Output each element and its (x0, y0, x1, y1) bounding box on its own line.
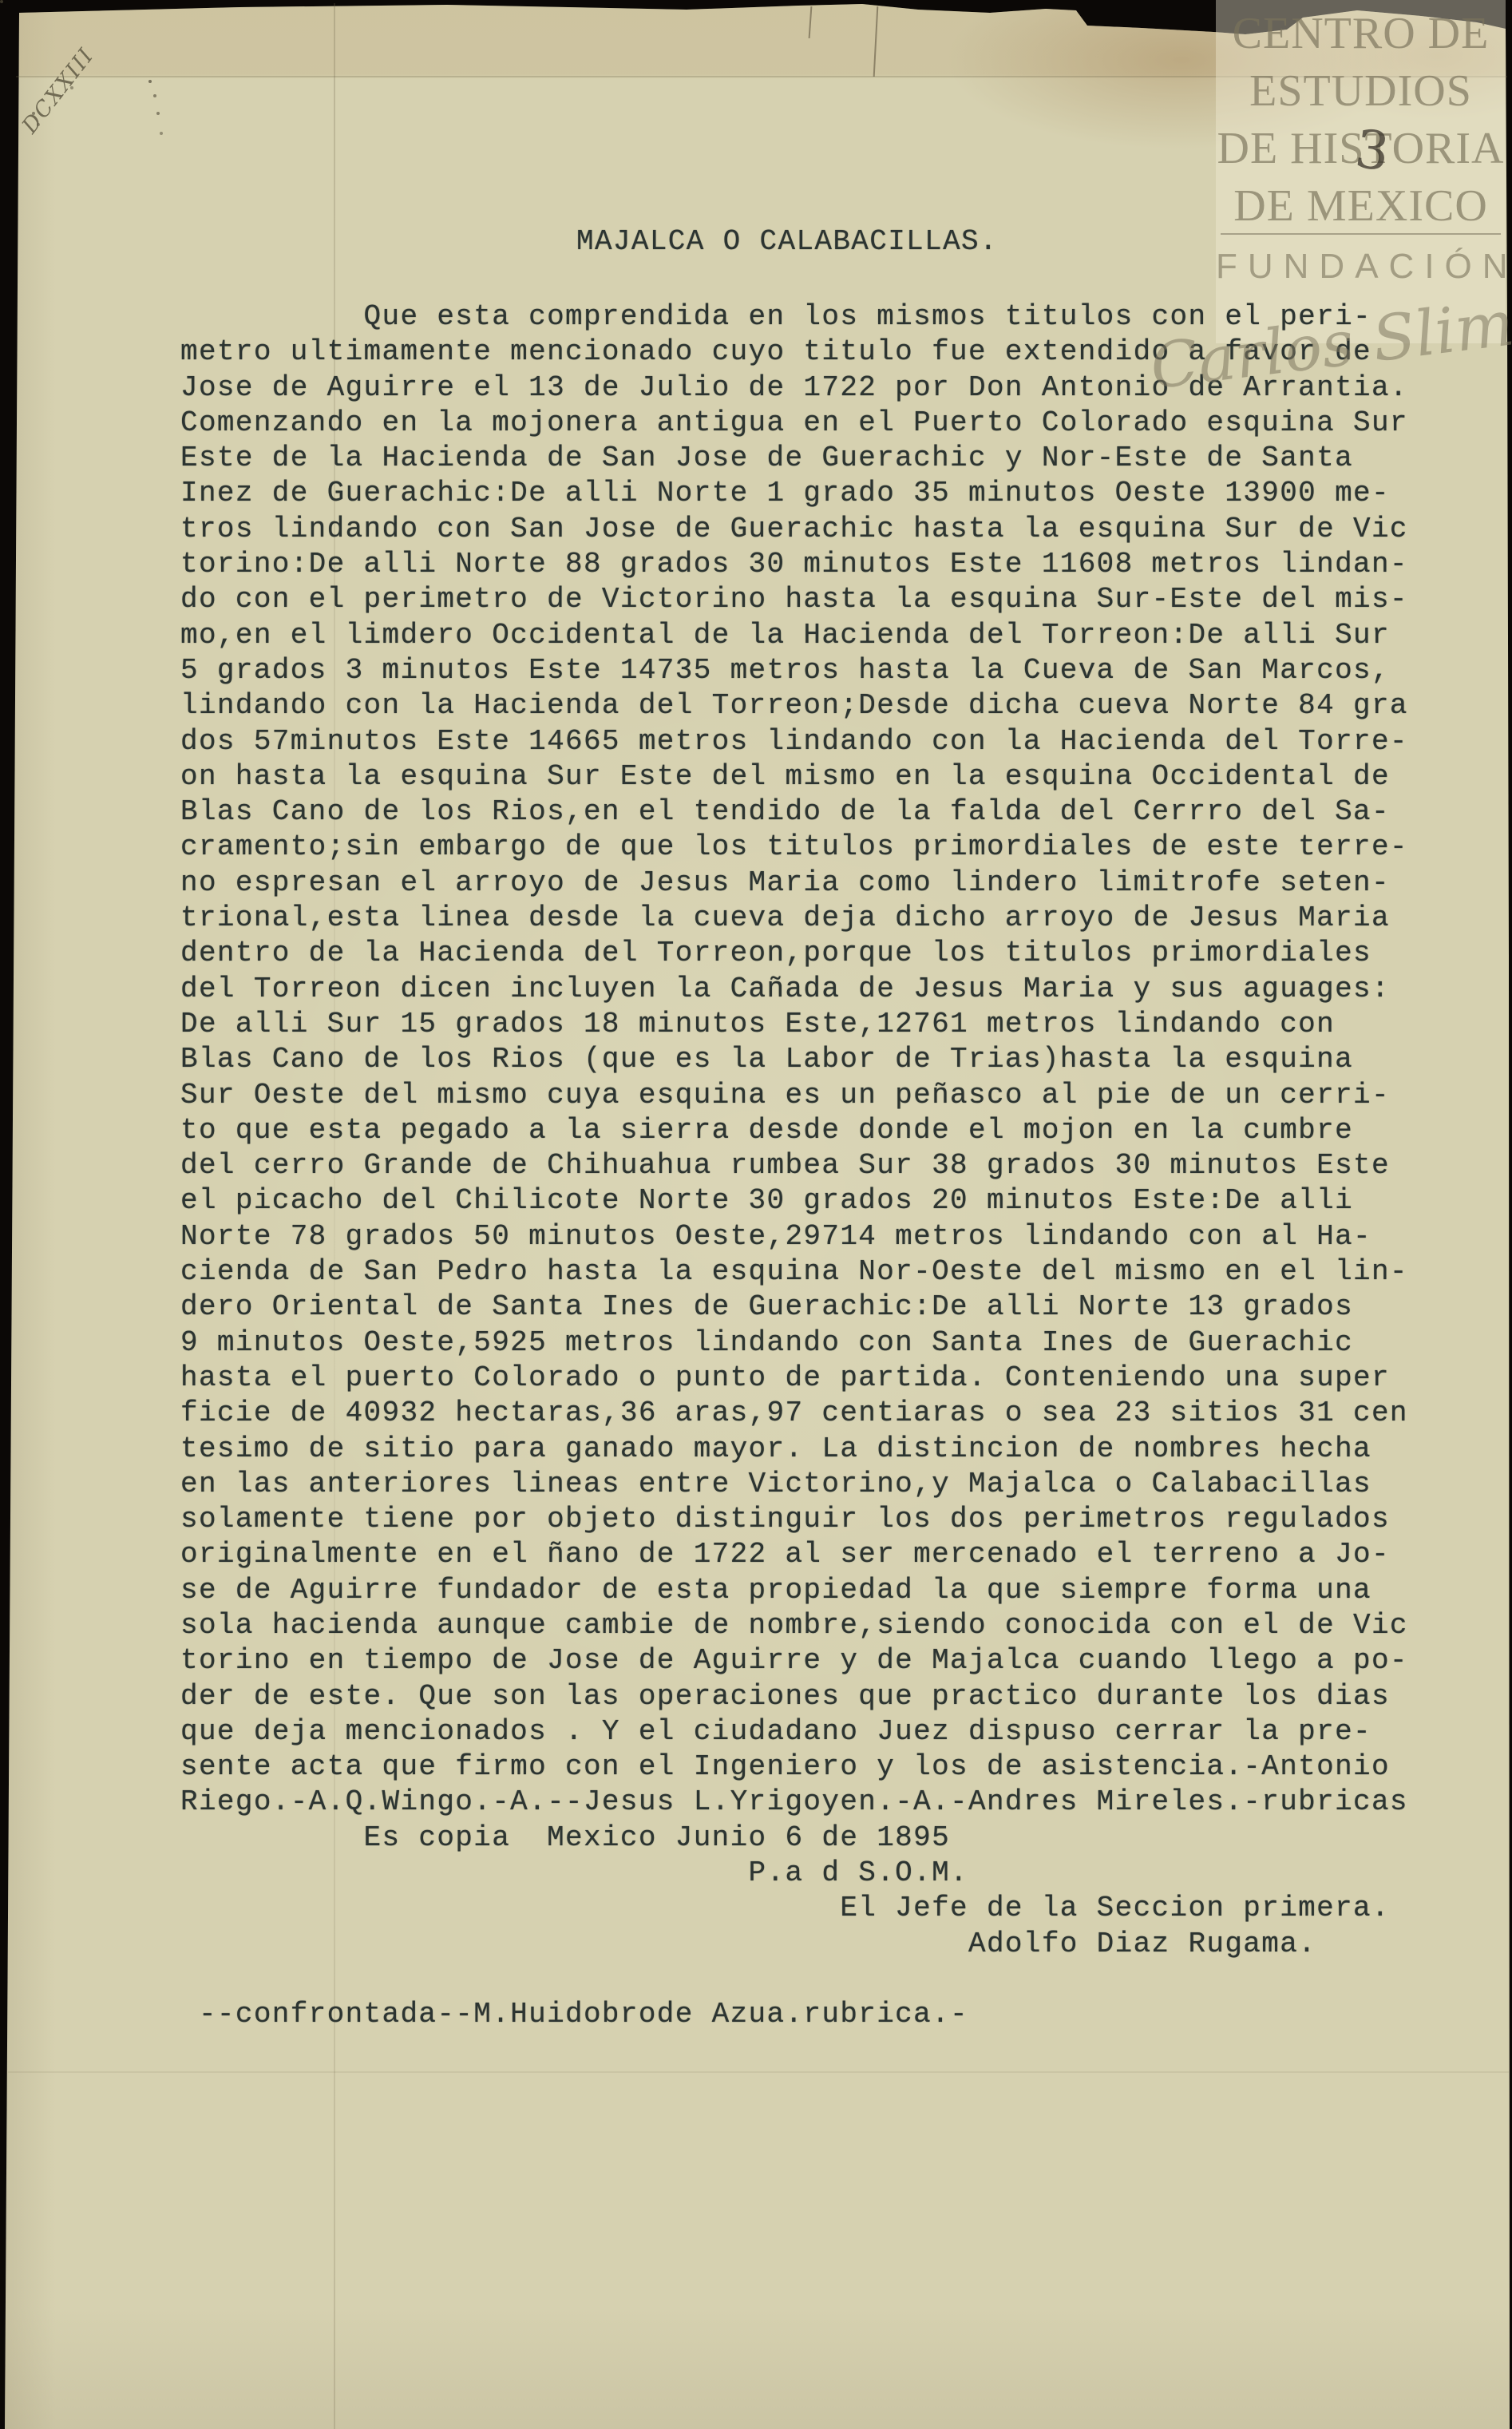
text-line: on hasta la esquina Sur Este del mismo e… (180, 759, 1408, 794)
text-line: 5 grados 3 minutos Este 14735 metros has… (180, 653, 1408, 688)
document-lines: Que esta comprendida en los mismos titul… (180, 299, 1408, 2033)
text-line: lindando con la Hacienda del Torreon;Des… (180, 688, 1408, 723)
text-line: Adolfo Diaz Rugama. (180, 1927, 1408, 1962)
text-line: to que esta pegado a la sierra desde don… (180, 1113, 1408, 1148)
text-line: Es copia Mexico Junio 6 de 1895 (180, 1821, 1408, 1856)
text-line: Blas Cano de los Rios (que es la Labor d… (180, 1042, 1408, 1077)
text-line: do con el perimetro de Victorino hasta l… (180, 582, 1408, 617)
text-line: --confrontada--M.Huidobrode Azua.rubrica… (180, 1997, 1408, 2032)
text-line: dos 57minutos Este 14665 metros lindando… (180, 724, 1408, 759)
text-line: hasta el puerto Colorado o punto de part… (180, 1361, 1408, 1396)
text-line: Blas Cano de los Rios,en el tendido de l… (180, 794, 1408, 830)
text-line: Que esta comprendida en los mismos titul… (180, 299, 1408, 335)
document-title: MAJALCA O CALABACILLAS. (576, 224, 998, 260)
watermark-line: ESTUDIOS (1216, 62, 1506, 120)
watermark-divider (1221, 233, 1501, 235)
text-line: P.a d S.O.M. (180, 1856, 1408, 1891)
text-line (180, 1962, 1408, 1997)
text-line: ficie de 40932 hectaras,36 aras,97 centi… (180, 1396, 1408, 1431)
text-line: der de este. Que son las operaciones que… (180, 1679, 1408, 1714)
text-line: torino:De alli Norte 88 grados 30 minuto… (180, 547, 1408, 582)
text-line: cienda de San Pedro hasta la esquina Nor… (180, 1254, 1408, 1290)
text-line: trional,esta linea desde la cueva deja d… (180, 901, 1408, 936)
text-line: el picacho del Chilicote Norte 30 grados… (180, 1183, 1408, 1218)
text-line: originalmente en el ñano de 1722 al ser … (180, 1537, 1408, 1572)
text-line: se de Aguirre fundador de esta propiedad… (180, 1573, 1408, 1608)
text-line: sola hacienda aunque cambie de nombre,si… (180, 1608, 1408, 1643)
text-line: que deja mencionados . Y el ciudadano Ju… (180, 1714, 1408, 1749)
pencil-dots (0, 0, 3, 3)
text-line: dero Oriental de Santa Ines de Guerachic… (180, 1290, 1408, 1325)
text-line: del Torreon dicen incluyen la Cañada de … (180, 972, 1408, 1007)
text-line: El Jefe de la Seccion primera. (180, 1891, 1408, 1926)
text-line: Norte 78 grados 50 minutos Oeste,29714 m… (180, 1219, 1408, 1254)
text-line: Este de la Hacienda de San Jose de Guera… (180, 441, 1408, 476)
text-line: del cerro Grande de Chihuahua rumbea Sur… (180, 1148, 1408, 1183)
watermark-line: CENTRO DE (1216, 5, 1506, 62)
text-line: torino en tiempo de Jose de Aguirre y de… (180, 1643, 1408, 1678)
watermark-line: DE MEXICO (1216, 177, 1506, 235)
text-line: tesimo de sitio para ganado mayor. La di… (180, 1432, 1408, 1467)
text-line: Sur Oeste del mismo cuya esquina es un p… (180, 1078, 1408, 1113)
text-line: sente acta que firmo con el Ingeniero y … (180, 1749, 1408, 1785)
text-line: 9 minutos Oeste,5925 metros lindando con… (180, 1325, 1408, 1361)
text-line: tros lindando con San Jose de Guerachic … (180, 512, 1408, 547)
text-line: Comenzando en la mojonera antigua en el … (180, 406, 1408, 441)
watermark-foundation-label: FUNDACIÓN (1216, 246, 1506, 287)
text-line: cramento;sin embargo de que los titulos … (180, 830, 1408, 865)
text-line: dentro de la Hacienda del Torreon,porque… (180, 936, 1408, 971)
text-line: no espresan el arroyo de Jesus Maria com… (180, 866, 1408, 901)
text-line: solamente tiene por objeto distinguir lo… (180, 1502, 1408, 1537)
text-line: en las anteriores lineas entre Victorino… (180, 1467, 1408, 1502)
text-line: Jose de Aguirre el 13 de Julio de 1722 p… (180, 370, 1408, 406)
text-line: De alli Sur 15 grados 18 minutos Este,12… (180, 1007, 1408, 1042)
scanned-document-page: { "colors": { "background": "#0b0806", "… (0, 0, 1512, 2429)
text-line: Riego.-A.Q.Wingo.-A.--Jesus L.Yrigoyen.-… (180, 1785, 1408, 1820)
text-line: mo,en el limdero Occidental de la Hacien… (180, 618, 1408, 653)
text-line: metro ultimamente mencionado cuyo titulo… (180, 335, 1408, 370)
text-line: Inez de Guerachic:De alli Norte 1 grado … (180, 476, 1408, 511)
